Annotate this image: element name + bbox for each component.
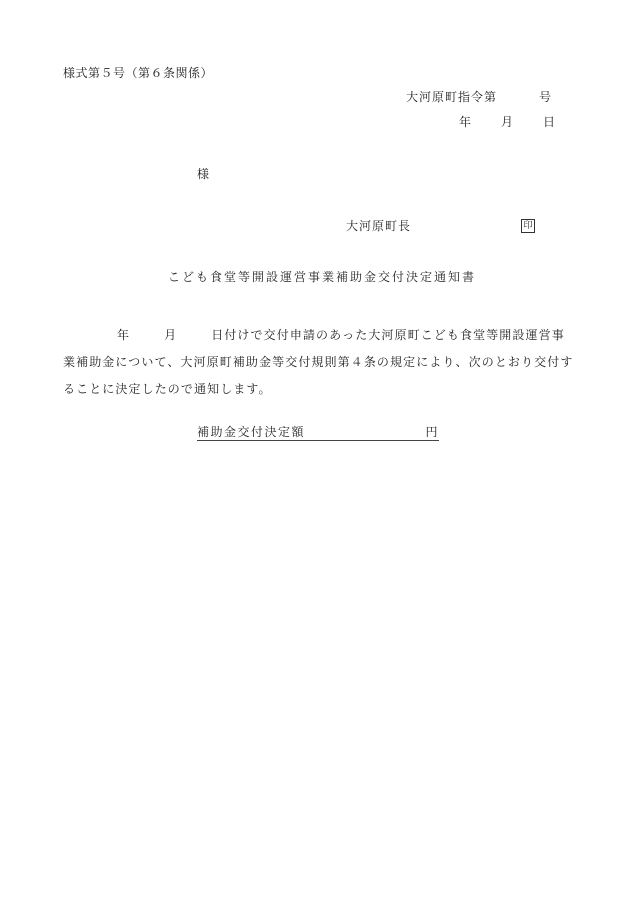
grant-amount-unit: 円 <box>425 426 439 438</box>
body-line-3: ることに決定したので通知します。 <box>63 376 560 403</box>
document-title: こども食堂等開設運営事業補助金交付決定通知書 <box>168 271 476 283</box>
date-day: 日 <box>543 115 555 129</box>
body-text: 年月日付けで交付申請のあった大河原町こども食堂等開設運営事 業補助金について、大… <box>63 322 560 403</box>
grant-amount-label: 補助金交付決定額 <box>197 425 305 439</box>
seal-mark: 印 <box>521 219 535 233</box>
body-line-1-text: 日付けで交付申請のあった大河原町こども食堂等開設運営事 <box>211 328 565 342</box>
sender: 大河原町長 <box>346 220 411 232</box>
body-month: 月 <box>164 328 177 342</box>
document-number: 大河原町指令第号 <box>406 91 552 103</box>
form-number: 様式第５号（第６条関係） <box>63 67 213 79</box>
body-line-2: 業補助金について、大河原町補助金等交付規則第４条の規定により、次のとおり交付す <box>63 349 560 376</box>
document-number-suffix: 号 <box>539 90 552 104</box>
body-year: 年 <box>117 328 130 342</box>
recipient: 様 <box>197 168 209 180</box>
date-month: 月 <box>501 115 513 129</box>
document-number-prefix: 大河原町指令第 <box>406 90 497 104</box>
date-year: 年 <box>459 115 471 129</box>
grant-amount: 補助金交付決定額 円 <box>197 426 439 441</box>
body-line-1: 年月日付けで交付申請のあった大河原町こども食堂等開設運営事 <box>63 322 560 349</box>
issue-date: 年月日 <box>459 116 555 128</box>
